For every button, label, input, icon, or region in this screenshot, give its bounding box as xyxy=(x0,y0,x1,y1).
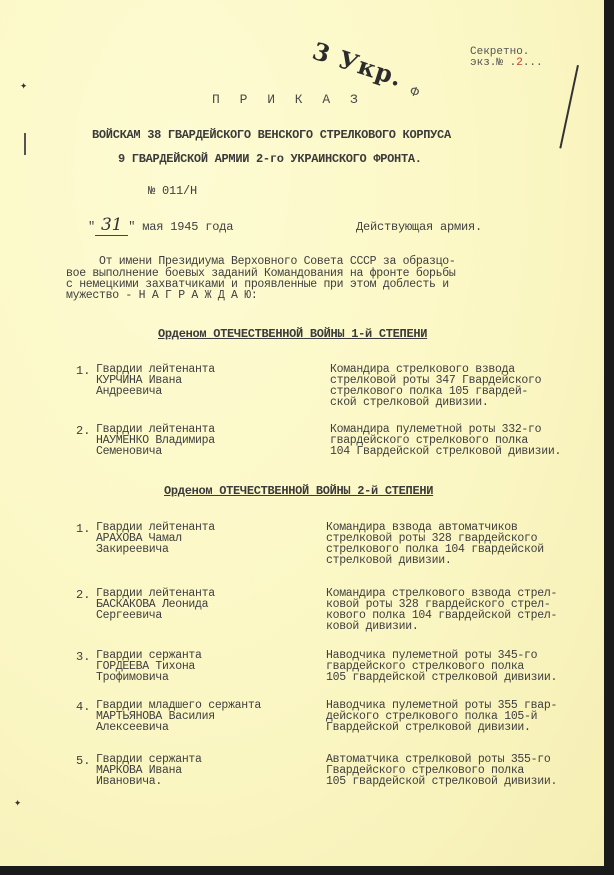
margin-bar xyxy=(24,133,26,155)
stamp-tail: Ф xyxy=(408,84,421,102)
recipient-patronymic: Ивановича. xyxy=(96,776,202,787)
recipient-name: Гвардии лейтенантаКУРЧИНА ИванаАндреевич… xyxy=(96,364,215,397)
date-rest: " мая 1945 года xyxy=(128,220,233,234)
copy-suffix: ... xyxy=(523,57,543,69)
preamble: От имени Президиума Верховного Совета СС… xyxy=(66,256,455,301)
document-title: П Р И К А З xyxy=(212,92,364,107)
recipient-patronymic: Семеновича xyxy=(96,446,215,457)
recipient-patronymic: Андреевича xyxy=(96,386,215,397)
pen-stroke xyxy=(559,65,579,149)
recipient-position: Командира взвода автоматчиковстрелковой … xyxy=(326,522,544,566)
position-line: 105 гвардейской стрелковой дивизии. xyxy=(326,672,557,683)
copy-number: экз.№ .2... xyxy=(470,58,543,69)
position-line: 105 гвардейской стрелковой дивизии. xyxy=(326,776,557,787)
location: Действующая армия. xyxy=(356,222,482,233)
recipient-position: Автоматчика стрелковой роты 355-гоГварде… xyxy=(326,754,557,787)
position-line: стрелковой дивизии. xyxy=(326,555,544,566)
secrecy-mark: Секретно. экз.№ .2... xyxy=(470,47,543,69)
preamble-line: От имени Президиума Верховного Совета СС… xyxy=(66,256,455,267)
recipient-patronymic: Алексеевича xyxy=(96,722,261,733)
entry-number: 2. xyxy=(76,424,90,438)
document-page: 3 Укр. Ф Секретно. экз.№ .2... ✦ ✦ П Р И… xyxy=(0,0,604,866)
recipient-position: Командира стрелкового взводастрелковой р… xyxy=(330,364,541,408)
recipient-name: Гвардии сержантаМАРКОВА ИванаИвановича. xyxy=(96,754,202,787)
preamble-line: мужество - Н А Г Р А Ж Д А Ю: xyxy=(66,290,455,301)
position-line: ской стрелковой дивизии. xyxy=(330,397,541,408)
position-line: 104 Гвардейской стрелковой дивизии. xyxy=(330,446,561,457)
recipient-patronymic: Закиреевича xyxy=(96,544,215,555)
handwritten-stamp: 3 Укр. xyxy=(309,36,406,92)
entry-number: 1. xyxy=(76,364,90,378)
recipient-patronymic: Трофимовича xyxy=(96,672,202,683)
entry-number: 2. xyxy=(76,588,90,602)
entry-number: 5. xyxy=(76,754,90,768)
recipient-position: Наводчика пулеметной роты 355 гвар-дейск… xyxy=(326,700,557,733)
recipient-name: Гвардии лейтенантаАРАХОВА ЧамалЗакирееви… xyxy=(96,522,215,555)
header-line-1: ВОЙСКАМ 38 ГВАРДЕЙСКОГО ВЕНСКОГО СТРЕЛКО… xyxy=(92,128,451,142)
date-day: 31 xyxy=(95,215,128,236)
margin-mark: ✦ xyxy=(20,78,27,93)
recipient-patronymic: Сергеевича xyxy=(96,610,215,621)
header-line-2: 9 ГВАРДЕЙСКОЙ АРМИИ 2-го УКРАИНСКОГО ФРО… xyxy=(118,152,422,166)
entry-number: 4. xyxy=(76,700,90,714)
recipient-position: Командира пулеметной роты 332-гогвардейс… xyxy=(330,424,561,457)
recipient-name: Гвардии младшего сержантаМАРТЬЯНОВА Васи… xyxy=(96,700,261,733)
position-line: ковой дивизии. xyxy=(326,621,557,632)
margin-mark-bottom: ✦ xyxy=(14,795,21,810)
entry-number: 3. xyxy=(76,650,90,664)
order-date: "31" мая 1945 года xyxy=(88,220,233,233)
date-quote: " xyxy=(88,220,95,234)
recipient-position: Наводчика пулеметной роты 345-гогвардейс… xyxy=(326,650,557,683)
copy-number-value: 2 xyxy=(516,57,523,69)
section-heading: Орденом ОТЕЧЕСТВЕННОЙ ВОЙНЫ 2-й СТЕПЕНИ xyxy=(164,484,433,498)
recipient-position: Командира стрелкового взвода стрел-ковой… xyxy=(326,588,557,632)
section-heading: Орденом ОТЕЧЕСТВЕННОЙ ВОЙНЫ 1-й СТЕПЕНИ xyxy=(158,327,427,341)
recipient-name: Гвардии лейтенантаБАСКАКОВА ЛеонидаСерге… xyxy=(96,588,215,621)
entry-number: 1. xyxy=(76,522,90,536)
recipient-name: Гвардии лейтенантаНАУМЕНКО ВладимираСеме… xyxy=(96,424,215,457)
order-number: № 011/Н xyxy=(148,186,197,197)
position-line: Гвардейской стрелковой дивизии. xyxy=(326,722,557,733)
recipient-name: Гвардии сержантаГОРДЕЕВА ТихонаТрофимови… xyxy=(96,650,202,683)
copy-prefix: экз.№ . xyxy=(470,57,516,69)
